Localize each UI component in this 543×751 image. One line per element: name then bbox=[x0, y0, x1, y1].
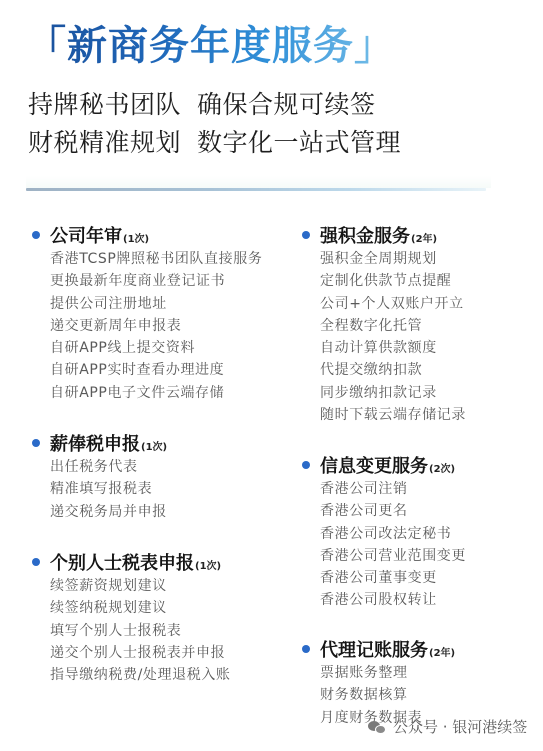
list-item: 递交个别人士报税表并申报 bbox=[50, 642, 231, 664]
item-list: 续签薪资规划建议 续签纳税规划建议 填写个别人士报税表 递交个别人士报税表并申报… bbox=[50, 575, 231, 686]
item-list: 香港TCSP牌照秘书团队直接服务 更换最新年度商业登记证书 提供公司注册地址 递… bbox=[50, 248, 262, 404]
list-item: 填写个别人士报税表 bbox=[50, 620, 231, 642]
page-title: 「新商务年度服务」 bbox=[26, 20, 395, 72]
list-item: 续签纳税规划建议 bbox=[50, 597, 231, 619]
item-list: 出任税务代表 精准填写报税表 递交税务局并申报 bbox=[50, 456, 167, 523]
section-individual-tax-return: 个别人士税表申报 (1次) 续签薪资规划建议 续签纳税规划建议 填写个别人士报税… bbox=[32, 549, 231, 686]
list-item: 香港公司注销 bbox=[320, 478, 466, 500]
section-heading: 公司年审 (1次) bbox=[32, 222, 262, 248]
list-item: 定制化供款节点提醒 bbox=[320, 270, 466, 292]
list-item: 香港公司营业范围变更 bbox=[320, 545, 466, 567]
divider-glow bbox=[26, 176, 491, 188]
list-item: 强积金全周期规划 bbox=[320, 248, 466, 270]
list-item: 续签薪资规划建议 bbox=[50, 575, 231, 597]
section-note: (2年) bbox=[411, 230, 437, 245]
bullet-dot-icon bbox=[32, 231, 40, 239]
section-note: (1次) bbox=[141, 438, 167, 453]
list-item: 随时下载云端存储记录 bbox=[320, 404, 466, 426]
bullet-dot-icon bbox=[302, 231, 310, 239]
list-item: 自研APP实时查看办理进度 bbox=[50, 359, 262, 381]
section-title: 薪俸税申报 bbox=[50, 430, 140, 456]
section-heading: 个别人士税表申报 (1次) bbox=[32, 549, 231, 575]
list-item: 递交税务局并申报 bbox=[50, 501, 167, 523]
subtitle-phrase: 确保合规可续签 bbox=[197, 90, 376, 119]
list-item: 自研APP电子文件云端存储 bbox=[50, 382, 262, 404]
list-item: 更换最新年度商业登记证书 bbox=[50, 270, 262, 292]
list-item: 代提交缴纳扣款 bbox=[320, 359, 466, 381]
subtitle-line-1: 持牌秘书团队确保合规可续签 bbox=[28, 88, 376, 122]
list-item: 全程数字化托管 bbox=[320, 315, 466, 337]
list-item: 自动计算供款额度 bbox=[320, 337, 466, 359]
section-heading: 薪俸税申报 (1次) bbox=[32, 430, 167, 456]
section-company-annual-review: 公司年审 (1次) 香港TCSP牌照秘书团队直接服务 更换最新年度商业登记证书 … bbox=[32, 222, 262, 404]
section-heading: 信息变更服务 (2次) bbox=[302, 452, 466, 478]
subtitle-phrase: 财税精准规划 bbox=[28, 128, 181, 157]
bullet-dot-icon bbox=[32, 558, 40, 566]
list-item: 同步缴纳扣款记录 bbox=[320, 382, 466, 404]
section-note: (2次) bbox=[429, 460, 455, 475]
section-info-change-service: 信息变更服务 (2次) 香港公司注销 香港公司更名 香港公司改法定秘书 香港公司… bbox=[302, 452, 466, 612]
list-item: 公司+个人双账户开立 bbox=[320, 293, 466, 315]
list-item: 香港TCSP牌照秘书团队直接服务 bbox=[50, 248, 262, 270]
bullet-dot-icon bbox=[302, 461, 310, 469]
section-salaries-tax: 薪俸税申报 (1次) 出任税务代表 精准填写报税表 递交税务局并申报 bbox=[32, 430, 167, 523]
list-item: 票据账务整理 bbox=[320, 662, 455, 684]
section-title: 个别人士税表申报 bbox=[50, 549, 194, 575]
section-title: 公司年审 bbox=[50, 222, 122, 248]
section-bookkeeping-service: 代理记账服务 (2年) 票据账务整理 财务数据核算 月度财务数据表 bbox=[302, 636, 455, 729]
watermark: 公众号 · 银河港续签 bbox=[368, 716, 527, 737]
list-item: 香港公司改法定秘书 bbox=[320, 523, 466, 545]
divider bbox=[26, 188, 486, 191]
subtitle-line-2: 财税精准规划数字化一站式管理 bbox=[28, 126, 401, 160]
section-note: (1次) bbox=[195, 557, 221, 572]
wechat-icon bbox=[368, 719, 388, 735]
section-note: (1次) bbox=[123, 230, 149, 245]
watermark-text: 公众号 · 银河港续签 bbox=[393, 716, 527, 737]
subtitle-phrase: 数字化一站式管理 bbox=[197, 128, 401, 157]
section-title: 强积金服务 bbox=[320, 222, 410, 248]
bullet-dot-icon bbox=[32, 439, 40, 447]
list-item: 自研APP线上提交资料 bbox=[50, 337, 262, 359]
list-item: 指导缴纳税费/处理退税入账 bbox=[50, 664, 231, 686]
list-item: 出任税务代表 bbox=[50, 456, 167, 478]
item-list: 香港公司注销 香港公司更名 香港公司改法定秘书 香港公司营业范围变更 香港公司董… bbox=[320, 478, 466, 612]
bullet-dot-icon bbox=[302, 645, 310, 653]
section-mpf-service: 强积金服务 (2年) 强积金全周期规划 定制化供款节点提醒 公司+个人双账户开立… bbox=[302, 222, 466, 426]
list-item: 提供公司注册地址 bbox=[50, 293, 262, 315]
service-poster: 「新商务年度服务」 持牌秘书团队确保合规可续签 财税精准规划数字化一站式管理 公… bbox=[0, 0, 543, 751]
item-list: 强积金全周期规划 定制化供款节点提醒 公司+个人双账户开立 全程数字化托管 自动… bbox=[320, 248, 466, 426]
section-heading: 强积金服务 (2年) bbox=[302, 222, 466, 248]
list-item: 香港公司董事变更 bbox=[320, 567, 466, 589]
list-item: 递交更新周年申报表 bbox=[50, 315, 262, 337]
section-title: 信息变更服务 bbox=[320, 452, 428, 478]
list-item: 香港公司股权转让 bbox=[320, 589, 466, 611]
list-item: 精准填写报税表 bbox=[50, 478, 167, 500]
subtitle-phrase: 持牌秘书团队 bbox=[28, 90, 181, 119]
section-title: 代理记账服务 bbox=[320, 636, 428, 662]
section-note: (2年) bbox=[429, 644, 455, 659]
list-item: 财务数据核算 bbox=[320, 684, 455, 706]
section-heading: 代理记账服务 (2年) bbox=[302, 636, 455, 662]
list-item: 香港公司更名 bbox=[320, 500, 466, 522]
